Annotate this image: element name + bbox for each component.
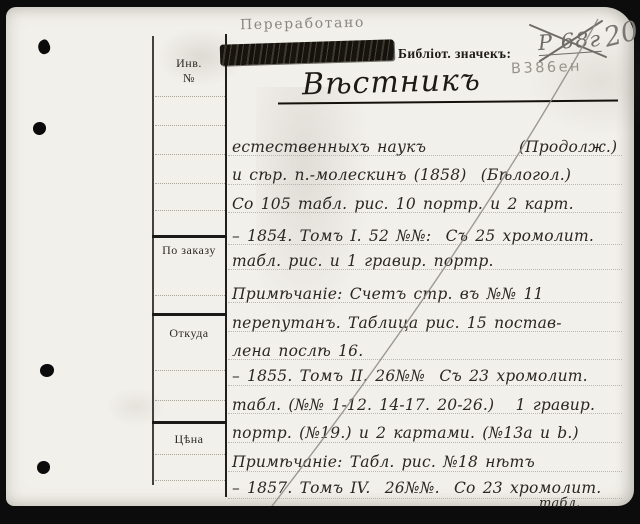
column-section-rule <box>152 313 227 316</box>
entry-line: портр. (№19.) и 2 картами. (№13а и b.) <box>232 424 579 442</box>
price-label: Цѣна <box>153 432 225 447</box>
entry-line: – 1857. Томъ IV. 26№№. Со 23 хромолит. <box>232 479 601 497</box>
entry-line: табл. (№№ 1-12. 14-17. 20-26.) 1 гравир. <box>232 396 595 414</box>
column-left-border <box>152 36 154 485</box>
entry-line: – 1855. Томъ II. 26№№ Съ 23 хромолит. <box>232 367 588 385</box>
column-rule <box>155 154 225 155</box>
paper-smudge <box>256 87 376 347</box>
column-rule <box>155 295 225 296</box>
entry-line: табл. рис. и 1 гравир. портр. <box>232 252 494 270</box>
column-rule <box>155 400 225 401</box>
column-rule <box>155 480 225 481</box>
entry-line: Со 105 табл. рис. 10 портр. и 2 карт. <box>232 195 574 213</box>
writing-rule <box>228 442 622 443</box>
entry-line: и сѣр. п.-молескинъ (1858) (Бѣлогол.) <box>232 166 571 184</box>
column-section-rule <box>152 421 227 424</box>
column-divider <box>225 34 227 497</box>
card-title: Вѣстникъ <box>302 63 482 103</box>
pencil-note-reworked: Переработано <box>240 15 365 34</box>
writing-rule <box>228 385 622 386</box>
entry-line: перепутанъ. Таблица рис. 15 постав- <box>232 314 562 332</box>
library-mark-caption: Библіот. значекъ: <box>398 46 511 62</box>
order-label: По заказу <box>153 243 225 258</box>
column-rule <box>155 183 225 184</box>
entry-line: Примѣчаніе: Счетъ стр. въ №№ 11 <box>232 285 544 303</box>
call-number-new: 20 <box>601 15 640 53</box>
column-section-rule <box>152 235 227 238</box>
writing-rule <box>228 184 622 185</box>
entry-line: – 1854. Томъ I. 52 №№: Съ 25 хромолит. <box>232 227 594 245</box>
entry-line-tail: табл. <box>539 496 580 511</box>
inventory-label: Инв. <box>153 56 225 71</box>
entry-line: лена послѣ 16. <box>232 342 363 360</box>
column-rule <box>155 210 225 211</box>
column-rule <box>155 96 225 97</box>
column-rule <box>155 125 225 126</box>
column-rule <box>155 454 225 455</box>
scanned-card-scene: Инв. № По заказу Откуда Цѣна Библіот. зн… <box>0 0 640 524</box>
entry-line: Примѣчаніе: Табл. рис. №18 нѣтъ <box>232 453 535 471</box>
call-number-crossed: Р 68г <box>537 27 602 56</box>
writing-rule <box>228 471 622 472</box>
inventory-number-label: № <box>153 71 225 86</box>
obliterated-stamp <box>220 39 395 65</box>
call-number-pencil: В386ен <box>511 59 583 77</box>
catalog-card: Инв. № По заказу Откуда Цѣна Библіот. зн… <box>6 7 634 506</box>
column-rule <box>155 370 225 371</box>
origin-label: Откуда <box>153 326 225 341</box>
entry-line: естественныхъ наукъ (Продолж.) <box>232 138 617 156</box>
